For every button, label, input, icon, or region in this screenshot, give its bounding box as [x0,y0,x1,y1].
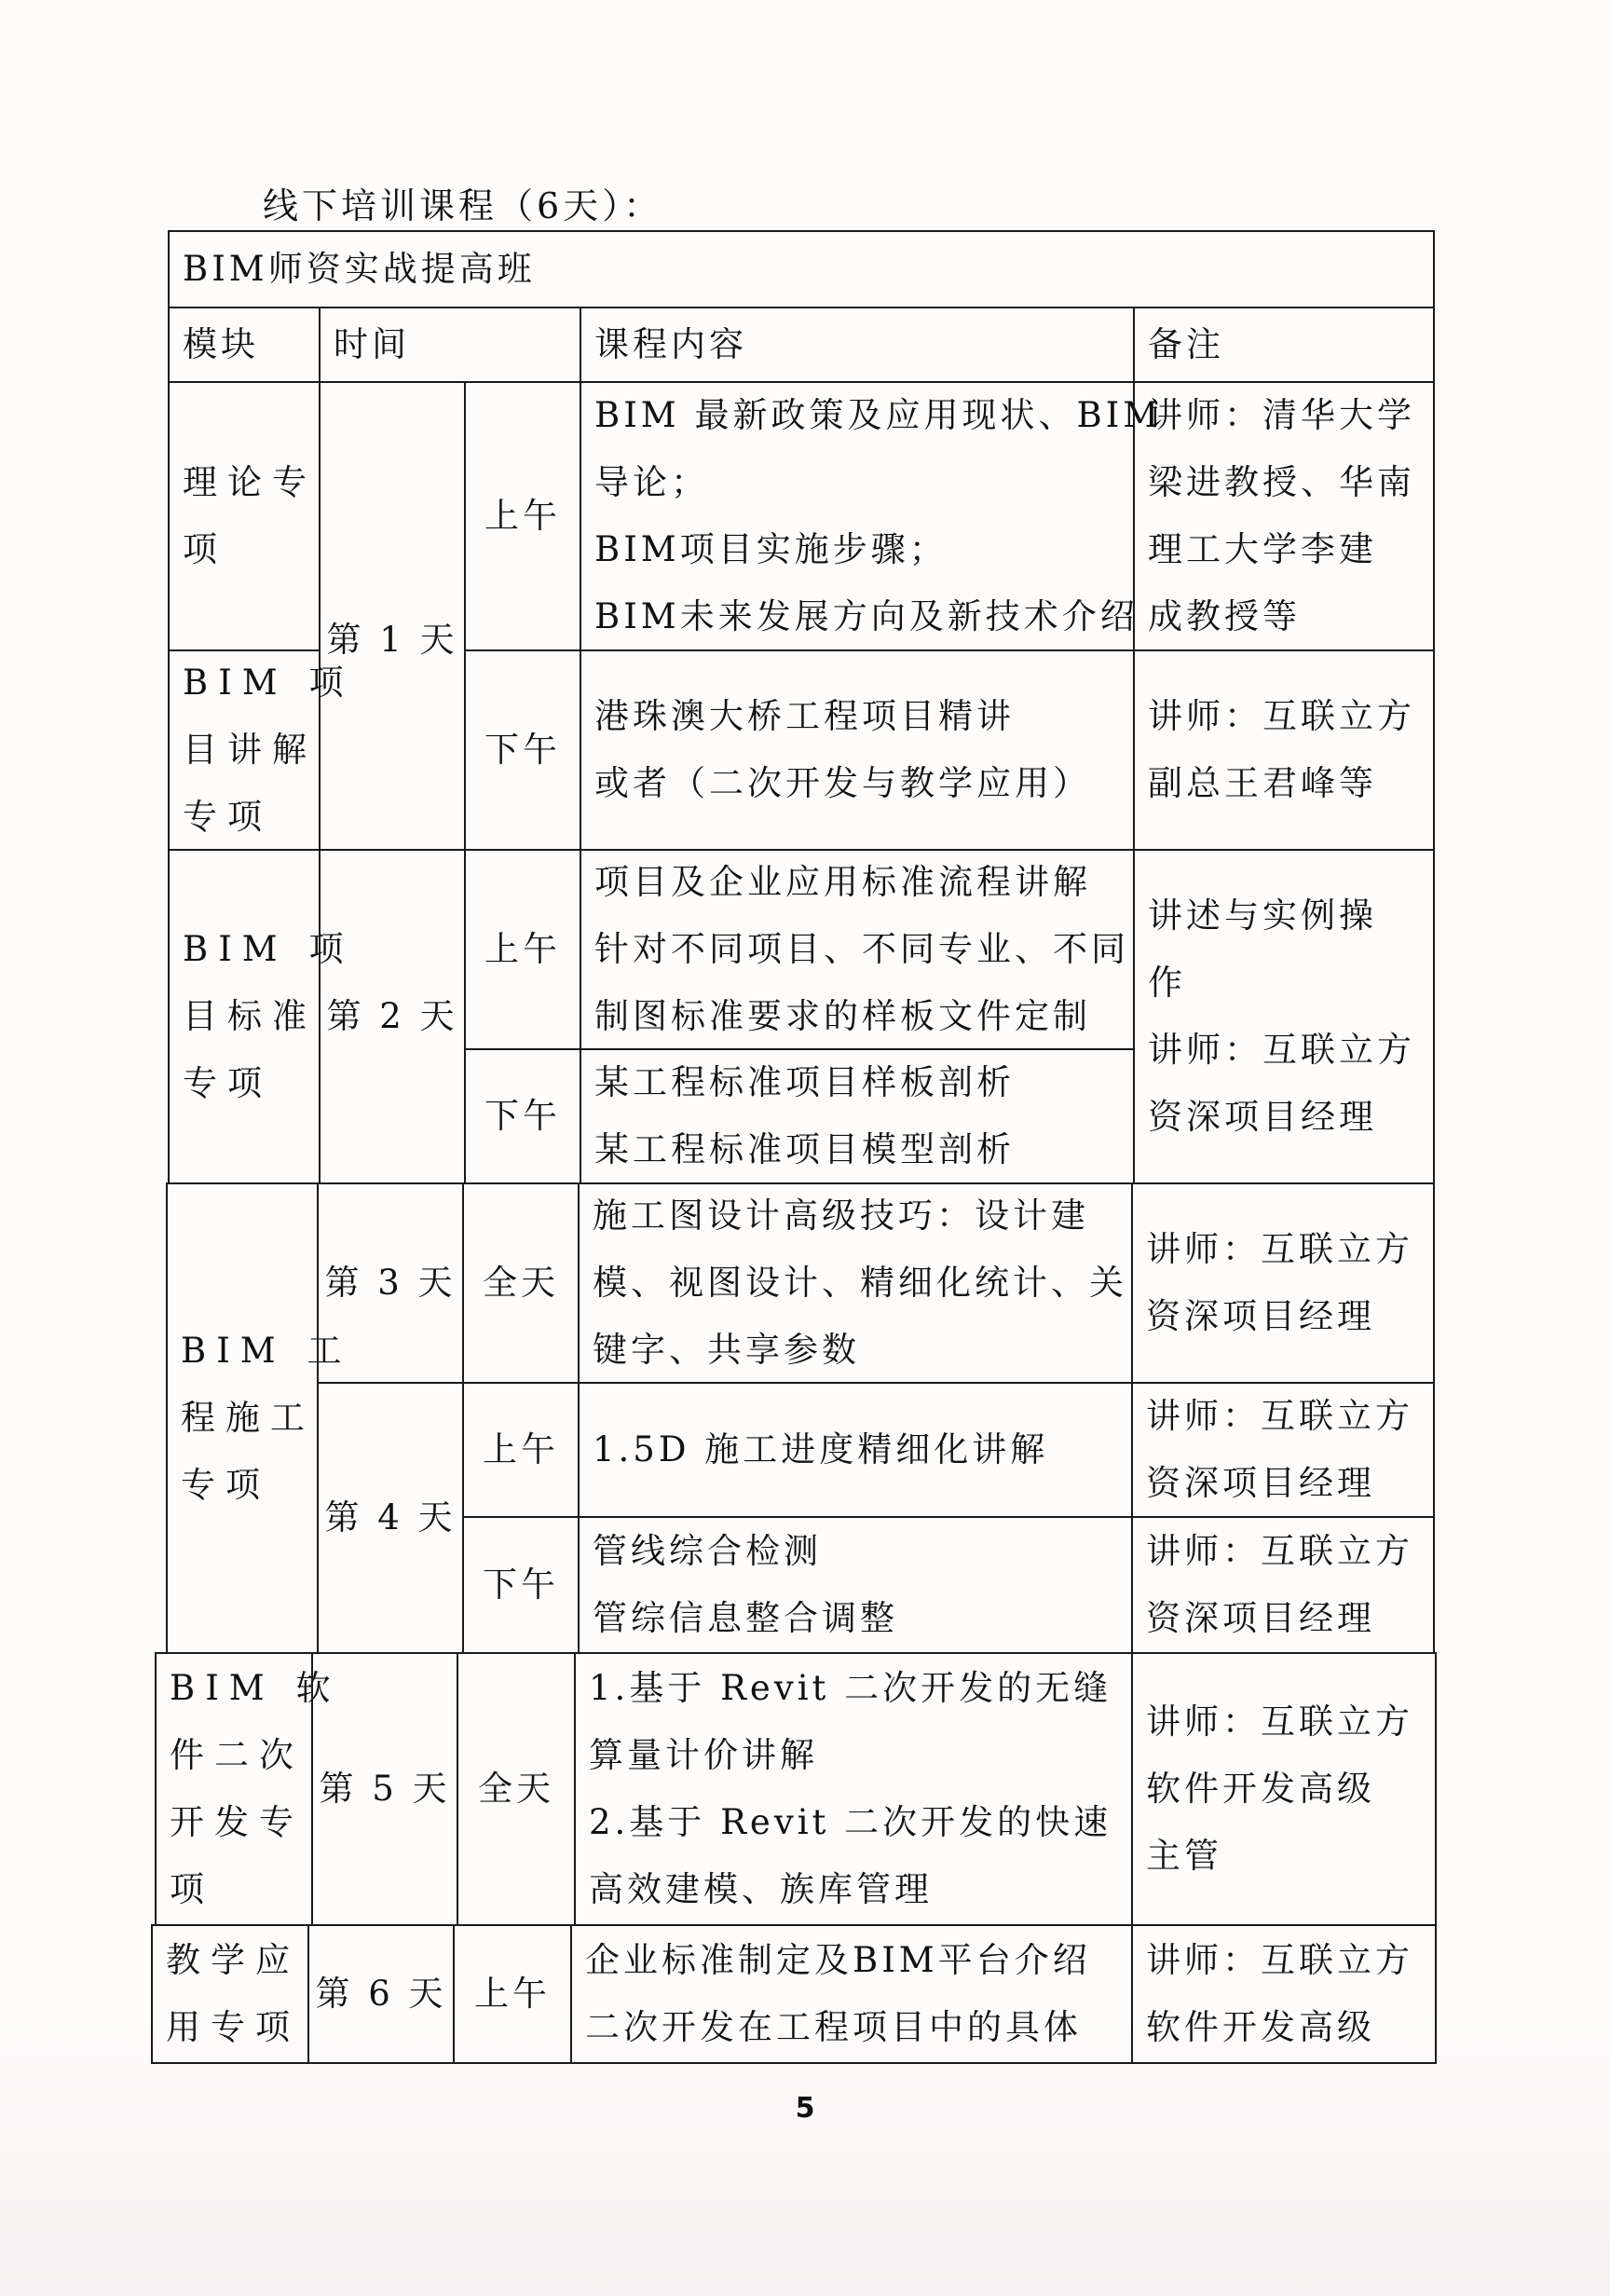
period-cell: 上午 [464,381,581,651]
remark-cell: 讲师：互联立方 资深项目经理 [1131,1182,1435,1384]
day-cell: 第 6 天 [307,1924,455,2064]
period-cell: 全天 [457,1652,576,1926]
content-cell: 1.基于 Revit 二次开发的无缝 算量计价讲解 2.基于 Revit 二次开… [574,1652,1133,1926]
period-cell: 上午 [453,1924,572,2064]
period-cell: 上午 [462,1382,580,1518]
day-cell: 第 1 天 [319,381,466,851]
header-remark: 备注 [1133,307,1435,383]
module-cell: BIM 软 件二次 开发专 项 [155,1652,313,1926]
period-cell: 全天 [462,1182,580,1384]
content-cell: 港珠澳大桥工程项目精讲 或者（二次开发与教学应用） [580,649,1135,851]
module-cell: BIM 项 目标准 专项 [168,849,321,1184]
remark-cell: 讲述与实例操 作 讲师：互联立方 资深项目经理 [1133,849,1435,1184]
header-module: 模块 [168,307,321,383]
module-cell: 教学应 用专项 [151,1924,309,2064]
day-cell: 第 3 天 [317,1182,464,1384]
header-time: 时间 [319,307,581,383]
module-cell: BIM 工 程施工 专项 [166,1182,319,1654]
day-cell: 第 5 天 [311,1652,458,1926]
remark-cell: 讲师：互联立方 资深项目经理 [1131,1382,1435,1518]
content-cell: 某工程标准项目样板剖析 某工程标准项目模型剖析 [580,1048,1135,1184]
content-cell: BIM 最新政策及应用现状、BIM 导论； BIM项目实施步骤； BIM未来发展… [580,381,1135,651]
remark-cell: 讲师：清华大学 梁进教授、华南 理工大学李建 成教授等 [1133,381,1435,651]
remark-cell: 讲师：互联立方 软件开发高级 [1131,1924,1437,2064]
course-table: BIM师资实战提高班 模块 时间 课程内容 备注 理论专 项 BIM 项 目讲解… [0,0,1610,2296]
table-title-cell: BIM师资实战提高班 [168,230,1435,308]
table-title: BIM师资实战提高班 [183,236,1420,303]
day-cell: 第 4 天 [317,1382,464,1654]
module-cell: 理论专 项 [168,381,321,651]
header-content: 课程内容 [580,307,1135,383]
day-cell: 第 2 天 [319,849,466,1184]
remark-cell: 讲师：互联立方 软件开发高级 主管 [1131,1652,1437,1926]
remark-cell: 讲师：互联立方 资深项目经理 [1131,1516,1435,1654]
period-cell: 下午 [464,649,581,851]
content-cell: 施工图设计高级技巧：设计建 模、视图设计、精细化统计、关 键字、共享参数 [578,1182,1133,1384]
content-cell: 企业标准制定及BIM平台介绍 二次开发在工程项目中的具体 [570,1924,1133,2064]
remark-cell: 讲师：互联立方 副总王君峰等 [1133,649,1435,851]
period-cell: 下午 [464,1048,581,1184]
period-cell: 上午 [464,849,581,1050]
page-number: 5 [0,2092,1610,2125]
module-cell: BIM 项 目讲解 专项 [168,649,321,851]
content-cell: 1.5D 施工进度精细化讲解 [578,1382,1133,1518]
content-cell: 管线综合检测 管综信息整合调整 [578,1516,1133,1654]
content-cell: 项目及企业应用标准流程讲解 针对不同项目、不同专业、不同 制图标准要求的样板文件… [580,849,1135,1050]
period-cell: 下午 [462,1516,580,1654]
